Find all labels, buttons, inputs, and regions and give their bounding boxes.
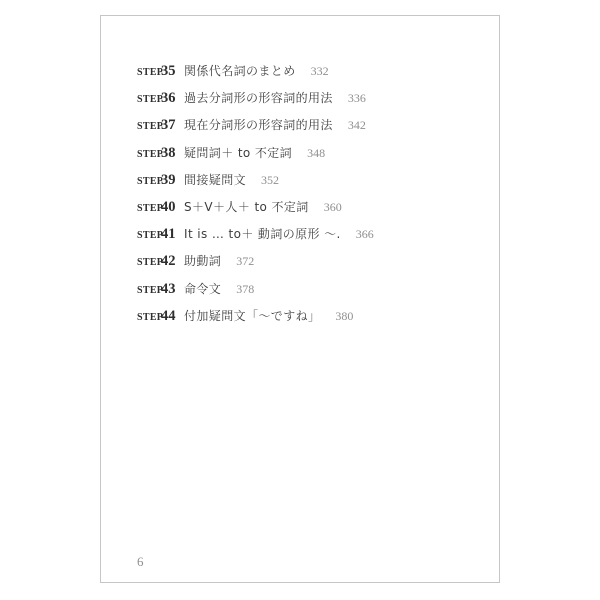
entry-title: It is … to＋ 動詞の原形 ～. <box>184 227 341 241</box>
step-label: STEP <box>137 113 161 140</box>
step-number: 39 <box>161 167 184 194</box>
step-label: STEP <box>137 59 161 86</box>
toc-entry: STEP43命令文378 <box>137 275 374 302</box>
book-page: STEP35関係代名詞のまとめ332 STEP36過去分詞形の形容詞的用法336… <box>100 15 500 583</box>
entry-page-number: 332 <box>311 64 329 78</box>
toc-entry: STEP36過去分詞形の形容詞的用法336 <box>137 84 374 111</box>
step-number: 37 <box>161 112 184 139</box>
entry-page-number: 366 <box>356 227 374 241</box>
entry-page-number: 352 <box>261 173 279 187</box>
toc-list: STEP35関係代名詞のまとめ332 STEP36過去分詞形の形容詞的用法336… <box>137 57 374 329</box>
step-number: 36 <box>161 85 184 112</box>
step-label: STEP <box>137 195 161 222</box>
step-label: STEP <box>137 141 161 168</box>
toc-entry: STEP38疑問詞＋ to 不定詞348 <box>137 139 374 166</box>
step-number: 44 <box>161 303 184 330</box>
toc-entry: STEP41It is … to＋ 動詞の原形 ～.366 <box>137 220 374 247</box>
toc-entry: STEP39間接疑問文352 <box>137 166 374 193</box>
entry-page-number: 342 <box>348 118 366 132</box>
step-number: 43 <box>161 276 184 303</box>
photo-background: STEP35関係代名詞のまとめ332 STEP36過去分詞形の形容詞的用法336… <box>0 0 600 600</box>
step-label: STEP <box>137 277 161 304</box>
entry-title: 関係代名詞のまとめ <box>184 64 296 78</box>
toc-entry: STEP42助動詞372 <box>137 247 374 274</box>
step-number: 35 <box>161 58 184 85</box>
entry-title: 助動詞 <box>184 254 221 268</box>
entry-title: 命令文 <box>184 282 221 296</box>
entry-title: 付加疑問文「～ですね」 <box>184 309 320 323</box>
entry-title: 間接疑問文 <box>184 173 246 187</box>
entry-page-number: 360 <box>324 200 342 214</box>
entry-title: S＋V＋人＋ to 不定詞 <box>184 200 309 214</box>
step-label: STEP <box>137 222 161 249</box>
toc-entry: STEP44付加疑問文「～ですね」380 <box>137 302 374 329</box>
folio-page-number: 6 <box>137 554 144 570</box>
entry-title: 現在分詞形の形容詞的用法 <box>184 118 333 132</box>
step-label: STEP <box>137 86 161 113</box>
step-label: STEP <box>137 249 161 276</box>
entry-title: 過去分詞形の形容詞的用法 <box>184 91 333 105</box>
toc-entry: STEP35関係代名詞のまとめ332 <box>137 57 374 84</box>
step-label: STEP <box>137 168 161 195</box>
entry-page-number: 336 <box>348 91 366 105</box>
step-number: 42 <box>161 248 184 275</box>
entry-page-number: 348 <box>307 146 325 160</box>
entry-title: 疑問詞＋ to 不定詞 <box>184 146 292 160</box>
step-number: 41 <box>161 221 184 248</box>
step-number: 38 <box>161 140 184 167</box>
toc-entry: STEP40S＋V＋人＋ to 不定詞360 <box>137 193 374 220</box>
entry-page-number: 380 <box>335 309 353 323</box>
step-number: 40 <box>161 194 184 221</box>
entry-page-number: 372 <box>236 254 254 268</box>
step-label: STEP <box>137 304 161 331</box>
toc-entry: STEP37現在分詞形の形容詞的用法342 <box>137 111 374 138</box>
entry-page-number: 378 <box>236 282 254 296</box>
